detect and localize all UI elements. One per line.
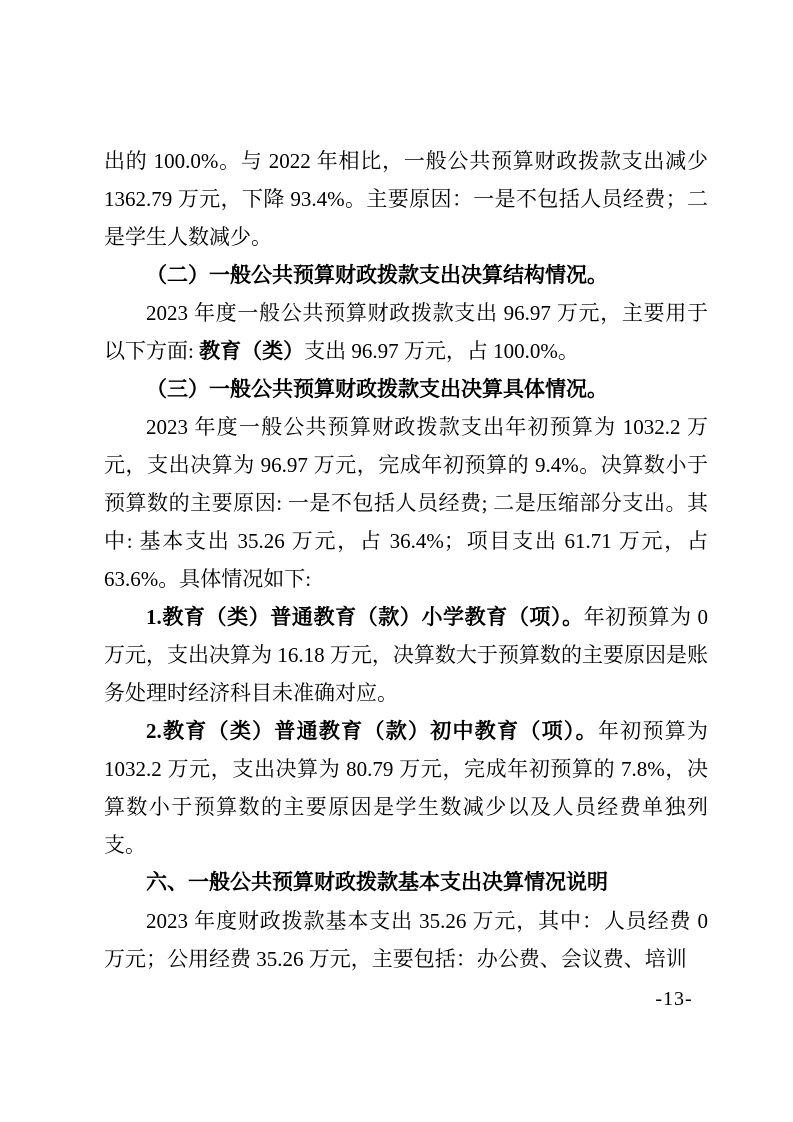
item-1-title-bold-text: 1.教育（类）普通教育（款）小学教育（项）。 — [146, 605, 584, 629]
paragraph-item-2-junior-high-education: 2.教育（类）普通教育（款）初中教育（项）。年初预算为 1032.2 万元，支出… — [104, 712, 708, 864]
document-body: 出的 100.0%。与 2022 年相比，一般公共预算财政拨款支出减少 1362… — [104, 142, 708, 978]
paragraph-expenditure-comparison: 出的 100.0%。与 2022 年相比，一般公共预算财政拨款支出减少 1362… — [104, 142, 708, 256]
structure-paragraph-trail-text: 支出 96.97 万元，占 100.0%。 — [304, 339, 579, 363]
heading-section-6-basic-expenditure: 六、一般公共预算财政拨款基本支出决算情况说明 — [104, 864, 708, 902]
heading-section-2-expenditure-structure: （二）一般公共预算财政拨款支出决算结构情况。 — [104, 256, 708, 294]
heading-section-3-expenditure-detail: （三）一般公共预算财政拨款支出决算具体情况。 — [104, 370, 708, 408]
document-page: 出的 100.0%。与 2022 年相比，一般公共预算财政拨款支出减少 1362… — [0, 0, 793, 1122]
page-number: -13- — [648, 986, 700, 1012]
paragraph-item-1-primary-education: 1.教育（类）普通教育（款）小学教育（项）。年初预算为 0 万元，支出决算为 1… — [104, 598, 708, 712]
item-2-title-bold-text: 2.教育（类）普通教育（款）初中教育（项）。 — [146, 719, 598, 743]
education-category-bold-text: 教育（类） — [199, 339, 304, 363]
paragraph-expenditure-structure: 2023 年度一般公共预算财政拨款支出 96.97 万元，主要用于以下方面: 教… — [104, 294, 708, 370]
paragraph-expenditure-detail: 2023 年度一般公共预算财政拨款支出年初预算为 1032.2 万元，支出决算为… — [104, 408, 708, 598]
paragraph-basic-expenditure: 2023 年度财政拨款基本支出 35.26 万元，其中：人员经费 0 万元；公用… — [104, 902, 708, 978]
